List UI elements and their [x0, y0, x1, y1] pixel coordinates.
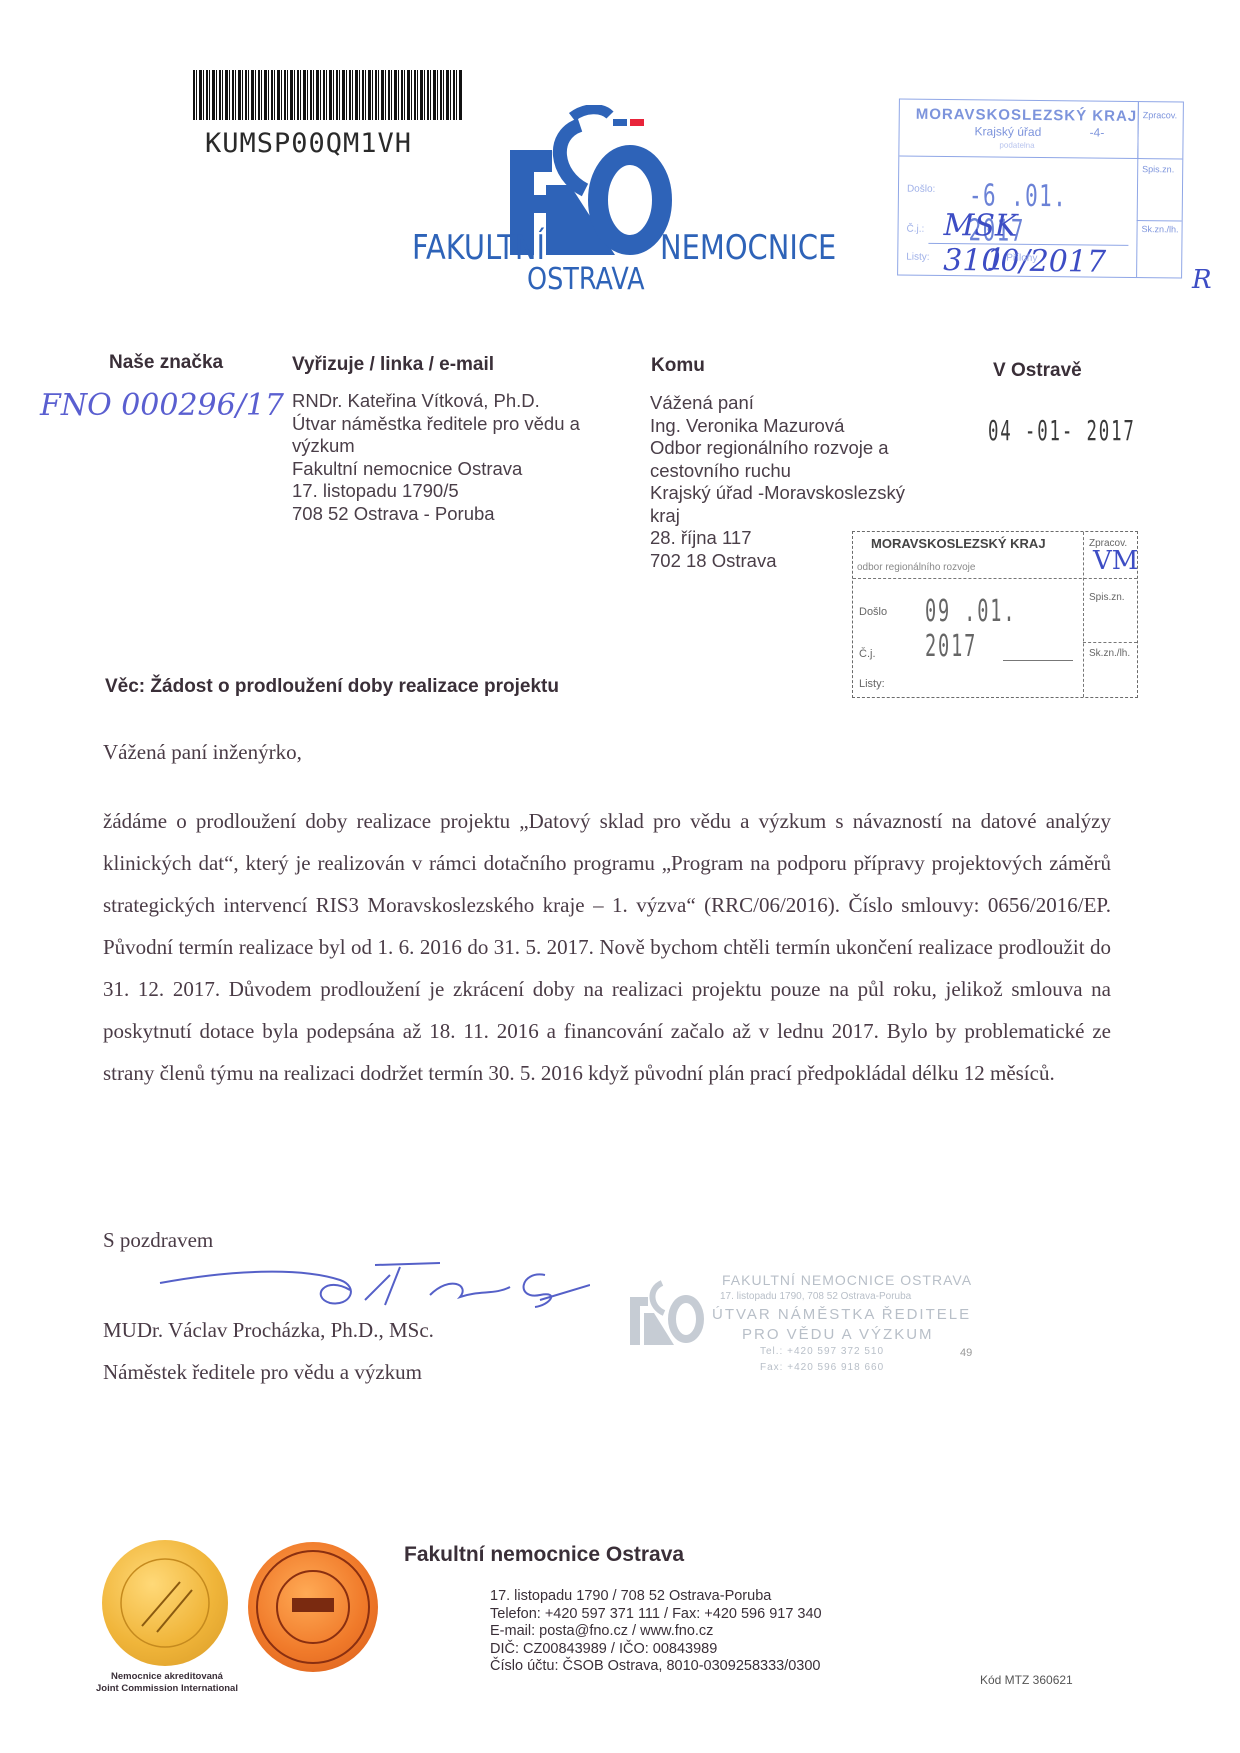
stamp2-received-date: 09 .01. 2017 — [925, 594, 1056, 664]
badge-caption-line: Joint Commission International — [82, 1683, 252, 1695]
fno-stamp-logo-icon — [630, 1275, 710, 1345]
stamp-label-sheets: Listy: — [906, 252, 929, 263]
signature-icon — [150, 1245, 590, 1315]
recipient-line: Krajský úřad -Moravskoslezský — [650, 482, 905, 505]
dept-stamp-line: Tel.: +420 597 372 510 — [760, 1346, 884, 1357]
our-ref-handwritten: FNO 000296/17 — [40, 388, 284, 423]
signer-name: MUDr. Václav Procházka, Ph.D., MSc. — [103, 1318, 434, 1343]
dept-stamp-line: 17. listopadu 1790, 708 52 Ostrava-Porub… — [720, 1291, 911, 1302]
handler-line: Útvar náměstka ředitele pro vědu a — [292, 413, 580, 436]
stamp2-title: MORAVSKOSLEZSKÝ KRAJ — [871, 536, 1046, 551]
stamp2-label-ref: Č.j. — [859, 648, 876, 660]
letter-subject: Věc: Žádost o prodloužení doby realizace… — [105, 676, 559, 698]
stamp-label-ref: Č.j.: — [907, 224, 925, 235]
footer-line: 17. listopadu 1790 / 708 52 Ostrava-Poru… — [490, 1588, 822, 1606]
dept-stamp-number: 49 — [960, 1347, 972, 1359]
stamp-side-label: Zpracov. — [1140, 110, 1185, 120]
receipt-stamp-regional-office: MORAVSKOSLEZSKÝ KRAJ Krajský úřad -4- po… — [897, 99, 1184, 279]
dept-stamp-line: Fax: +420 596 918 660 — [760, 1362, 884, 1373]
logo-text-ostrava: OSTRAVA — [527, 262, 645, 297]
stamp-subtitle: Krajský úřad — [975, 124, 1042, 139]
stamp-side-label: Spis.zn. — [1139, 164, 1184, 174]
dept-stamp-line: ÚTVAR NÁMĚSTKA ŘEDITELE — [712, 1306, 971, 1323]
barcode-code: KUMSP00QM1VH — [205, 128, 412, 159]
recipient-line: Vážená paní — [650, 392, 905, 415]
handler-line: 17. listopadu 1790/5 — [292, 480, 580, 503]
stamp2-side-label: Sk.zn./lh. — [1089, 648, 1130, 659]
handler-line: výzkum — [292, 435, 580, 458]
handler-line: Fakultní nemocnice Ostrava — [292, 458, 580, 481]
footer-mtz-code: Kód MTZ 360621 — [980, 1673, 1073, 1687]
footer-line: DIČ: CZ00843989 / IČO: 00843989 — [490, 1641, 822, 1659]
handler-label: Vyřizuje / linka / e-mail — [292, 354, 494, 376]
spkp-accreditation-badge-icon — [248, 1542, 378, 1672]
footer-org-name: Fakultní nemocnice Ostrava — [404, 1543, 684, 1567]
handler-line: 708 52 Ostrava - Poruba — [292, 503, 580, 526]
stamp2-label-sheets: Listy: — [859, 678, 885, 690]
footer-line: E-mail: posta@fno.cz / www.fno.cz — [490, 1623, 822, 1641]
stamp-label-attachments: Přílohy — [1006, 253, 1037, 264]
jci-accreditation-badge-icon — [102, 1540, 228, 1666]
stamp2-label-received: Došlo — [859, 606, 887, 618]
stamp-small-label: podatelna — [999, 141, 1034, 150]
letter-date: 04 -01- 2017 — [988, 414, 1136, 447]
footer-line: Číslo účtu: ČSOB Ostrava, 8010-030925833… — [490, 1658, 822, 1676]
badge-caption-line: Nemocnice akreditovaná — [82, 1671, 252, 1683]
stamp-title: MORAVSKOSLEZSKÝ KRAJ — [916, 106, 1138, 125]
signer-role: Náměstek ředitele pro vědu a výzkum — [103, 1360, 422, 1385]
stamp-subtitle-note: -4- — [1090, 126, 1105, 140]
recipient-line: cestovního ruchu — [650, 460, 905, 483]
to-label: Komu — [651, 355, 705, 377]
letter-salutation: Vážená paní inženýrko, — [103, 740, 302, 765]
dept-stamp-line: PRO VĚDU A VÝZKUM — [742, 1326, 934, 1343]
recipient-line: Odbor regionálního rozvoje a — [650, 437, 905, 460]
margin-mark: R — [1192, 265, 1212, 295]
letter-body: žádáme o prodloužení doby realizace proj… — [103, 800, 1111, 1094]
our-ref-label: Naše značka — [109, 352, 223, 374]
footer-line: Telefon: +420 597 371 111 / Fax: +420 59… — [490, 1606, 822, 1624]
receipt-stamp-department: MORAVSKOSLEZSKÝ KRAJ odbor regionálního … — [852, 531, 1138, 698]
handler-line: RNDr. Kateřina Vítková, Ph.D. — [292, 390, 580, 413]
place-label: V Ostravě — [993, 360, 1082, 382]
dept-stamp-line: FAKULTNÍ NEMOCNICE OSTRAVA — [722, 1272, 972, 1288]
logo-text-fakultni: FAKULTNÍ — [412, 228, 545, 268]
stamp-sheets-handwritten: 1 — [986, 242, 1005, 277]
recipient-line: Ing. Veronika Mazurová — [650, 415, 905, 438]
logo-text-nemocnice: NEMOCNICE — [660, 228, 836, 268]
stamp2-side-label: Spis.zn. — [1089, 592, 1125, 603]
barcode — [193, 70, 463, 120]
stamp2-initials: VM — [1093, 546, 1138, 576]
footer-contact-block: 17. listopadu 1790 / 708 52 Ostrava-Poru… — [490, 1588, 822, 1676]
badge-caption: Nemocnice akreditovaná Joint Commission … — [82, 1671, 252, 1695]
stamp2-sub: odbor regionálního rozvoje — [857, 562, 975, 573]
handler-block: RNDr. Kateřina Vítková, Ph.D. Útvar námě… — [292, 390, 580, 525]
stamp-label-received: Došlo: — [907, 184, 935, 195]
recipient-line: kraj — [650, 505, 905, 528]
